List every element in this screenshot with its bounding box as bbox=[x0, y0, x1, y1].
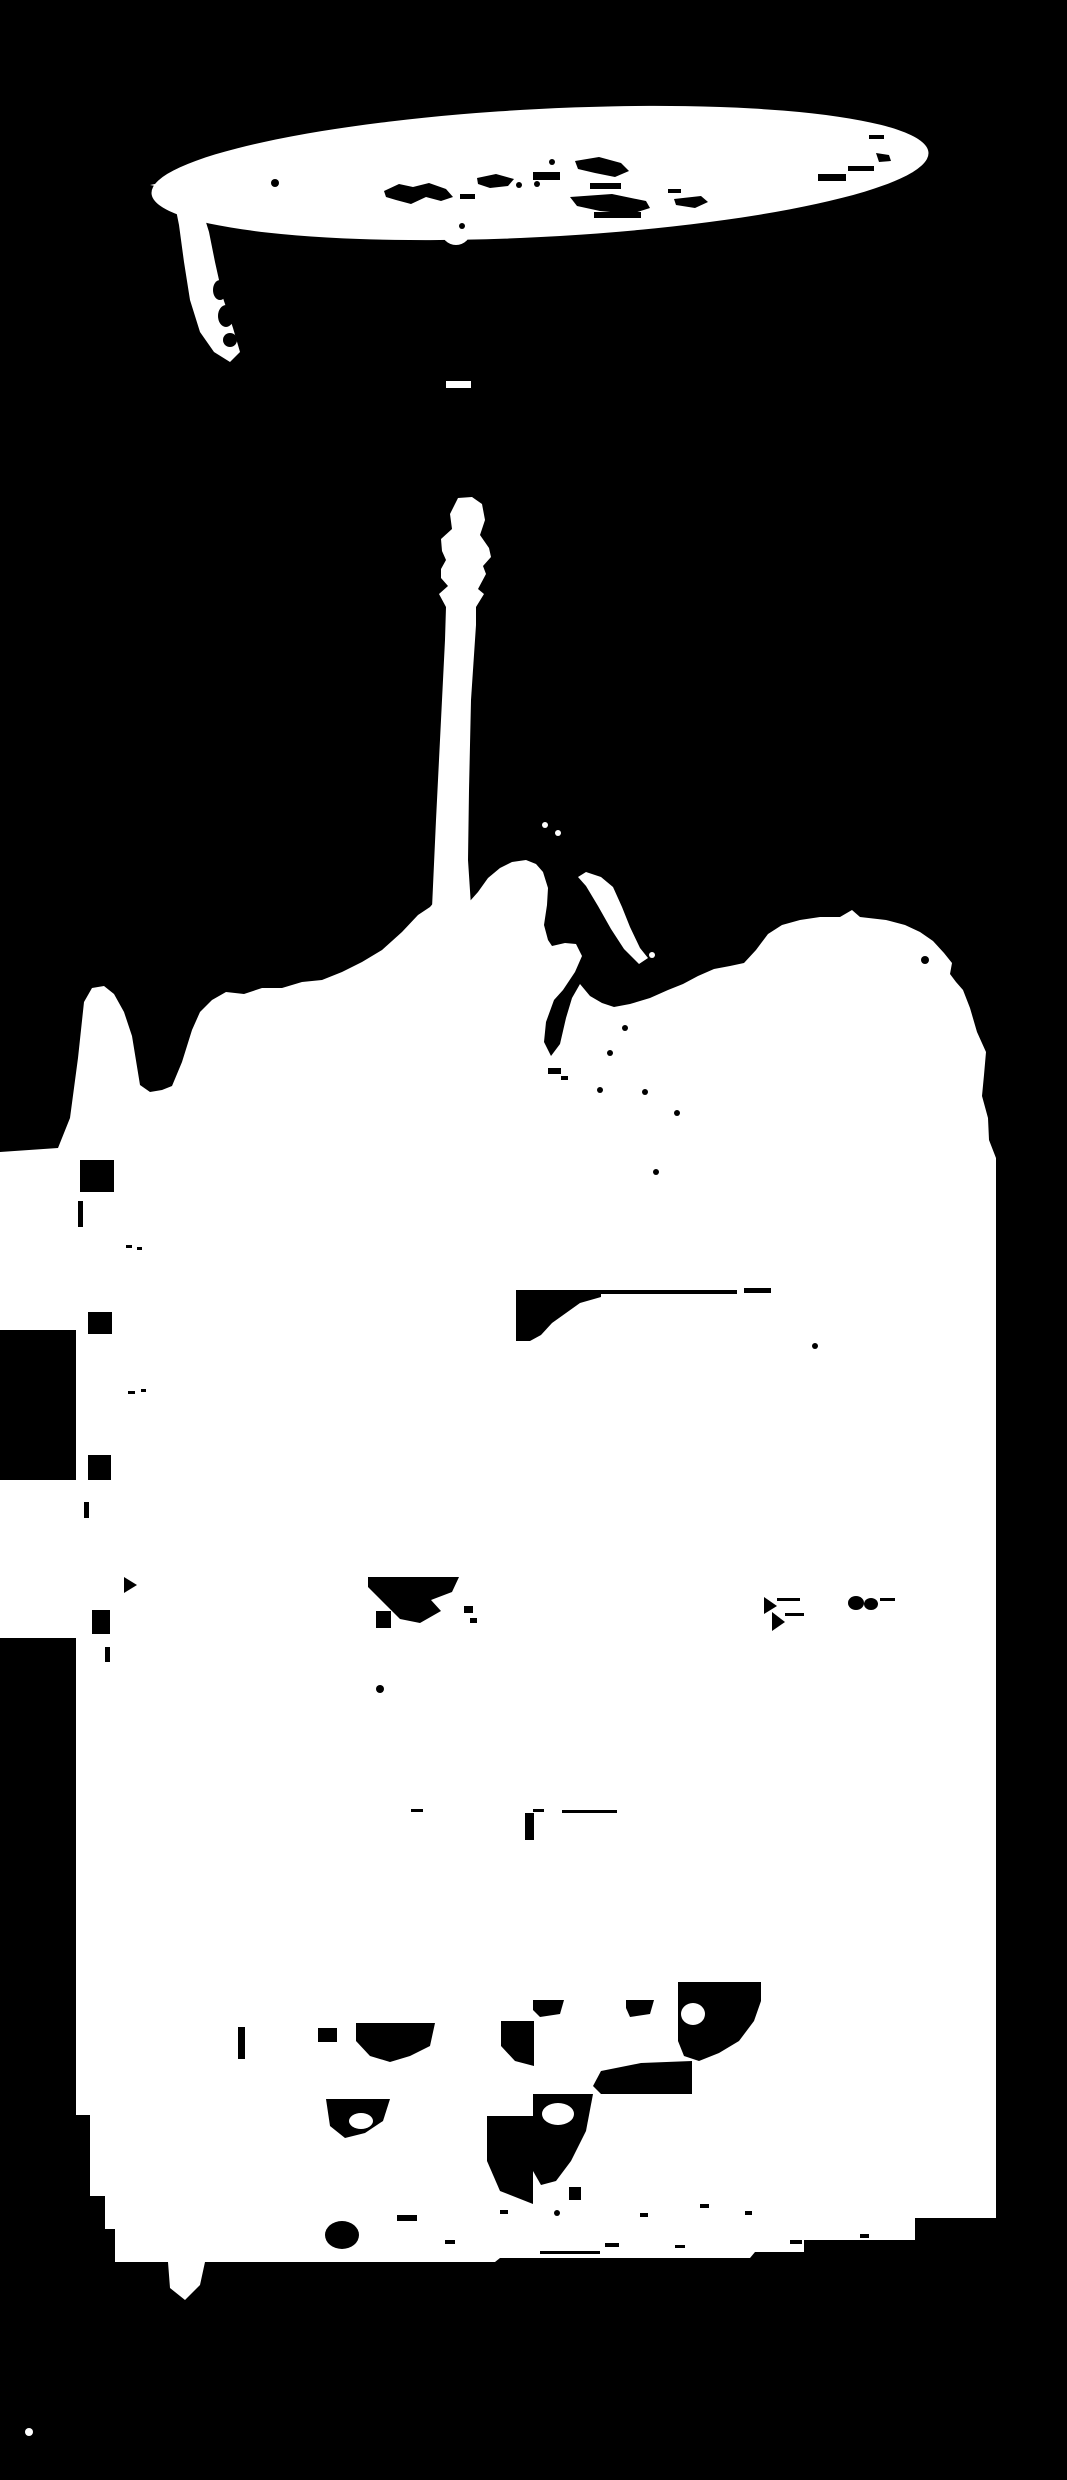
disc-speck-dot-left bbox=[271, 179, 279, 187]
rim-pit-2 bbox=[218, 305, 234, 327]
disc-speck-dash-a bbox=[460, 194, 475, 199]
disc-speck-bar-f bbox=[818, 174, 846, 181]
checker-wedge-d-hole bbox=[349, 2113, 373, 2129]
stray-highlight-dash bbox=[446, 381, 471, 388]
splash-droplet-1 bbox=[542, 822, 548, 828]
edge-noise-2 bbox=[445, 2240, 455, 2244]
checker-speck-a bbox=[569, 2187, 581, 2200]
mid-dot bbox=[376, 1685, 384, 1693]
disc-speck-dot-e bbox=[685, 226, 691, 232]
edge-noise-11 bbox=[675, 2245, 685, 2248]
checker-blob-c bbox=[318, 2028, 337, 2042]
knob-pit bbox=[459, 223, 465, 229]
mid-blob-dash bbox=[880, 1598, 895, 1601]
splash-droplet-dash bbox=[514, 952, 532, 960]
edge-noise-4 bbox=[640, 2213, 648, 2217]
checker-blob-f bbox=[325, 2221, 359, 2249]
disc-speck-dash-h bbox=[869, 135, 884, 139]
edge-noise-9 bbox=[920, 2224, 928, 2228]
edge-noise-5 bbox=[700, 2204, 709, 2208]
left-edge-notch-1 bbox=[80, 1160, 114, 1192]
edge-noise-7 bbox=[790, 2240, 802, 2244]
cap-knob bbox=[441, 215, 471, 245]
edge-noise-12 bbox=[540, 2251, 600, 2254]
scratch-blob bbox=[525, 1813, 534, 1840]
disc-speck-line-d bbox=[594, 212, 641, 218]
edge-noise-6 bbox=[745, 2211, 752, 2215]
left-edge-notch-3 bbox=[88, 1455, 111, 1480]
left-speck-4 bbox=[141, 1389, 146, 1392]
left-speck-3 bbox=[128, 1391, 135, 1394]
floor-speck bbox=[25, 2428, 33, 2436]
left-speck-1 bbox=[126, 1245, 132, 1248]
left-edge-tick-3 bbox=[105, 1647, 110, 1662]
checker-tick bbox=[238, 2027, 245, 2059]
splash-droplet-3 bbox=[649, 952, 655, 958]
checker-speck-b bbox=[554, 2210, 560, 2216]
froth-pit-dot-1 bbox=[607, 1050, 613, 1056]
reflection-dot-right bbox=[812, 1343, 818, 1349]
disc-speck-bar-c bbox=[533, 172, 560, 180]
scratch-dash-3 bbox=[562, 1810, 617, 1813]
left-edge-tick-1 bbox=[78, 1201, 83, 1227]
left-speck-2 bbox=[137, 1247, 142, 1250]
mid-blob-b bbox=[864, 1598, 878, 1610]
reflection-wedge-1-line bbox=[601, 1290, 737, 1294]
scratch-dash-1 bbox=[411, 1809, 423, 1812]
edge-noise-8 bbox=[860, 2234, 869, 2238]
reflection-wedge-2-blob bbox=[376, 1611, 391, 1628]
reflection-wedge-1-dash bbox=[744, 1288, 771, 1293]
binarized-photo-canvas bbox=[0, 0, 1067, 2480]
disc-speck-dot-b3 bbox=[549, 159, 555, 165]
edge-noise-10 bbox=[605, 2243, 619, 2247]
edge-noise-3 bbox=[500, 2210, 508, 2214]
left-edge-notch-4 bbox=[92, 1610, 110, 1634]
froth-pit-dot-5 bbox=[653, 1169, 659, 1175]
reflection-speck-b bbox=[470, 1618, 477, 1623]
splash-droplet-2 bbox=[555, 830, 561, 836]
disc-speck-bar-g bbox=[848, 166, 874, 171]
disc-speck-dot-b2 bbox=[534, 181, 540, 187]
scene-svg bbox=[0, 0, 1067, 2480]
mid-flag-a-line bbox=[777, 1598, 800, 1601]
froth-pit-dot-4 bbox=[674, 1110, 680, 1116]
froth-pit-dot-6 bbox=[597, 1087, 603, 1093]
froth-pit-dot-3 bbox=[642, 1089, 648, 1095]
disc-speck-dash-e bbox=[668, 189, 681, 193]
reflection-speck-a bbox=[464, 1606, 473, 1613]
froth-pit-bar-1 bbox=[548, 1068, 561, 1074]
rim-pit-3 bbox=[223, 333, 237, 347]
froth-pit-bar-2 bbox=[561, 1076, 568, 1080]
left-edge-tick-2 bbox=[84, 1502, 89, 1518]
froth-pit-dot-2 bbox=[622, 1025, 628, 1031]
checker-wedge-a-hole bbox=[681, 2003, 705, 2025]
scratch-dash-2 bbox=[533, 1809, 544, 1812]
dome-pit bbox=[921, 956, 929, 964]
checker-wedge-b-hole bbox=[542, 2103, 574, 2125]
edge-noise-1 bbox=[397, 2215, 417, 2221]
disc-speck-dot-b1 bbox=[516, 182, 522, 188]
disc-speck-tail-d bbox=[590, 183, 621, 189]
mid-blob-a bbox=[848, 1596, 864, 1610]
mid-flag-b-line bbox=[785, 1613, 804, 1616]
left-edge-notch-2 bbox=[88, 1312, 112, 1334]
rim-pit-1 bbox=[213, 280, 227, 300]
